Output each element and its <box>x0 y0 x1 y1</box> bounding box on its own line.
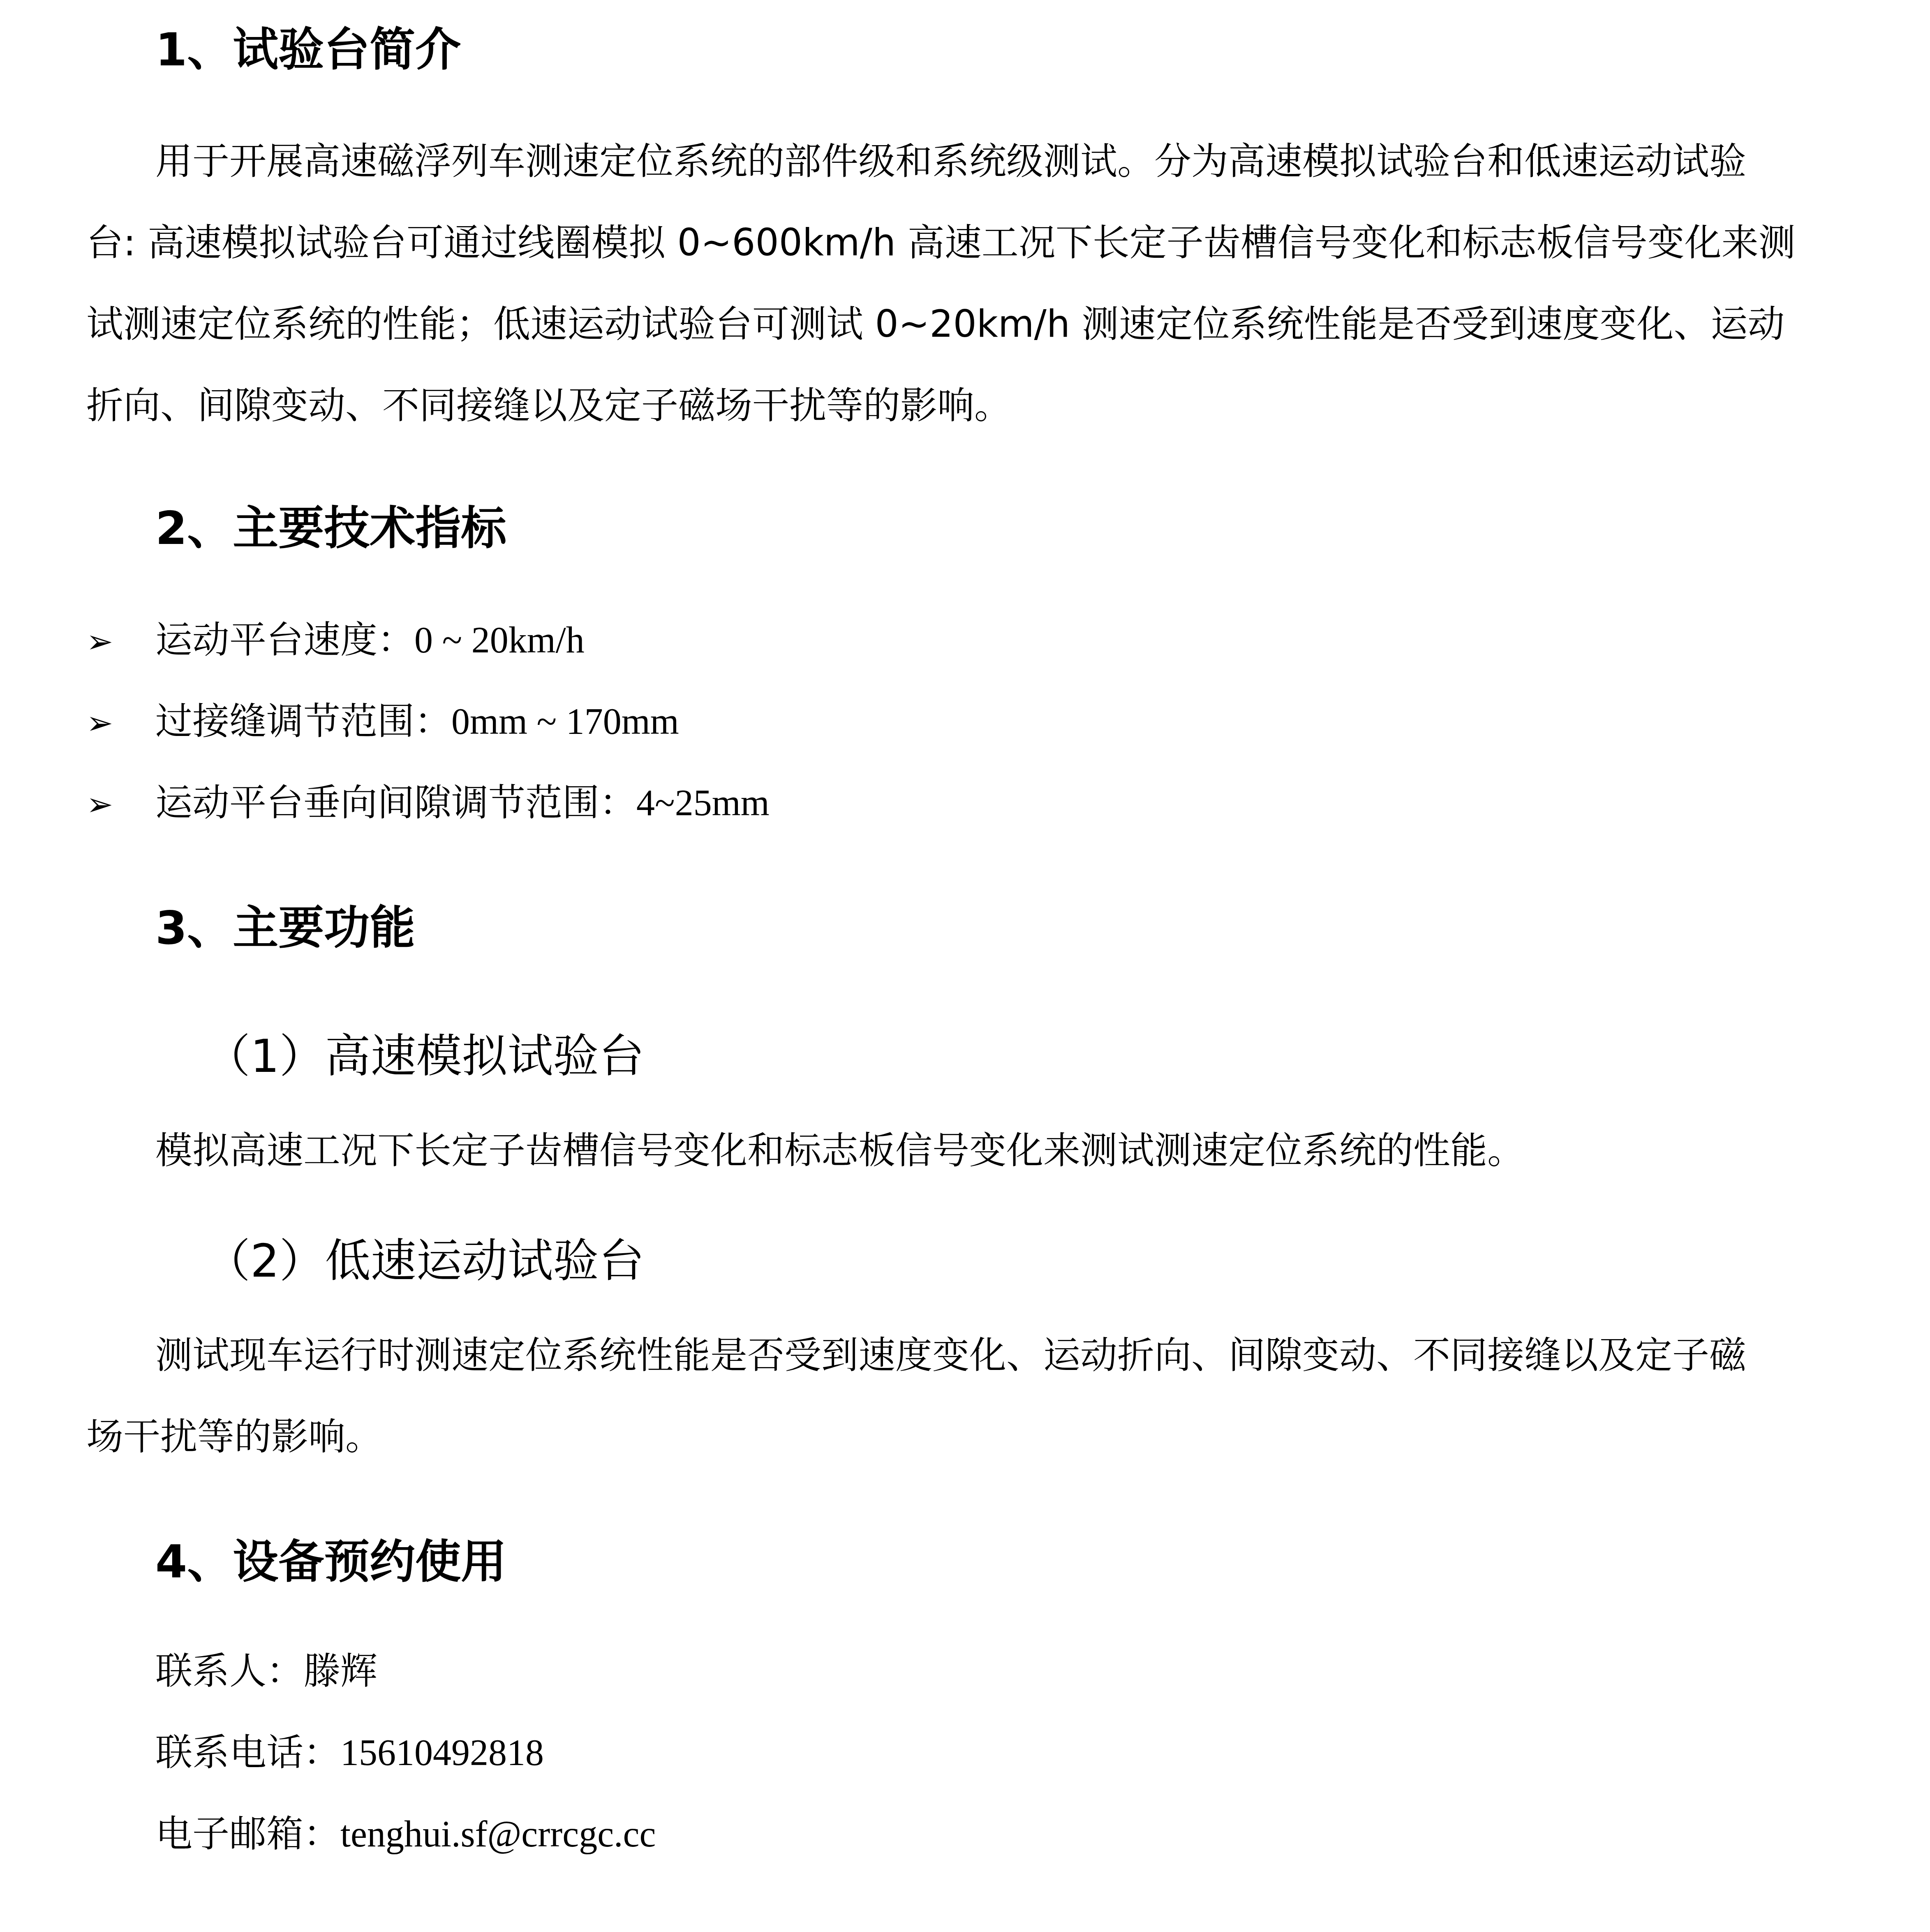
section-heading-intro: 1、试验台简介 <box>155 12 461 79</box>
contact-phone-number: 15610492818 <box>340 1733 544 1774</box>
arrow-bullet-icon: ➢ <box>86 624 155 661</box>
contact-phone: 联系电话：15610492818 <box>155 1722 544 1776</box>
section-heading-booking: 4、设备预约使用 <box>155 1525 506 1591</box>
spec-item: ➢运动平台速度：0 ~ 20km/h <box>86 609 585 664</box>
contact-email-address[interactable]: tenghui.sf@crrcgc.cc <box>340 1814 656 1855</box>
contact-person-label: 联系人： <box>155 1650 303 1694</box>
spec-value: 0mm ~ 170mm <box>451 702 679 743</box>
high-speed-description: 模拟高速工况下长定子齿槽信号变化和标志板信号变化来测试测速定位系统的性能。 <box>155 1120 1524 1174</box>
contact-email: 电子邮箱：tenghui.sf@crrcgc.cc <box>155 1803 656 1858</box>
low-speed-line-1: 测试现车运行时测速定位系统性能是否受到速度变化、运动折向、间隙变动、不同接缝以及… <box>155 1325 1746 1379</box>
low-speed-line-2: 场干扰等的影响。 <box>86 1406 382 1460</box>
spec-value: 4~25mm <box>636 783 770 824</box>
arrow-bullet-icon: ➢ <box>86 787 155 824</box>
subheading-low-speed: （2）低速运动试验台 <box>205 1224 645 1290</box>
spec-label: 运动平台垂向间隙调节范围： <box>155 782 636 825</box>
section-heading-specs: 2、主要技术指标 <box>155 491 506 558</box>
spec-item: ➢过接缝调节范围：0mm ~ 170mm <box>86 691 679 745</box>
intro-line-1: 用于开展高速磁浮列车测速定位系统的部件级和系统级测试。分为高速模拟试验台和低速运… <box>155 131 1746 185</box>
contact-person-name: 滕辉 <box>303 1650 377 1694</box>
document-page: 1、试验台简介 用于开展高速磁浮列车测速定位系统的部件级和系统级测试。分为高速模… <box>0 0 1930 1932</box>
contact-person: 联系人：滕辉 <box>155 1640 377 1695</box>
intro-line-3: 试测速定位系统的性能；低速运动试验台可测试 0~20km/h 测速定位系统性能是… <box>86 294 1785 348</box>
section-heading-functions: 3、主要功能 <box>155 891 415 957</box>
spec-label: 运动平台速度： <box>155 619 414 662</box>
spec-label: 过接缝调节范围： <box>155 701 451 744</box>
contact-email-label: 电子邮箱： <box>155 1813 340 1856</box>
spec-item: ➢运动平台垂向间隙调节范围：4~25mm <box>86 772 770 826</box>
spec-value: 0 ~ 20km/h <box>414 620 585 661</box>
contact-phone-label: 联系电话： <box>155 1732 340 1775</box>
arrow-bullet-icon: ➢ <box>86 706 155 743</box>
intro-line-4: 折向、间隙变动、不同接缝以及定子磁场干扰等的影响。 <box>86 375 1011 429</box>
subheading-high-speed: （1）高速模拟试验台 <box>205 1019 645 1085</box>
intro-line-2: 台: 高速模拟试验台可通过线圈模拟 0~600km/h 高速工况下长定子齿槽信号… <box>86 212 1796 266</box>
